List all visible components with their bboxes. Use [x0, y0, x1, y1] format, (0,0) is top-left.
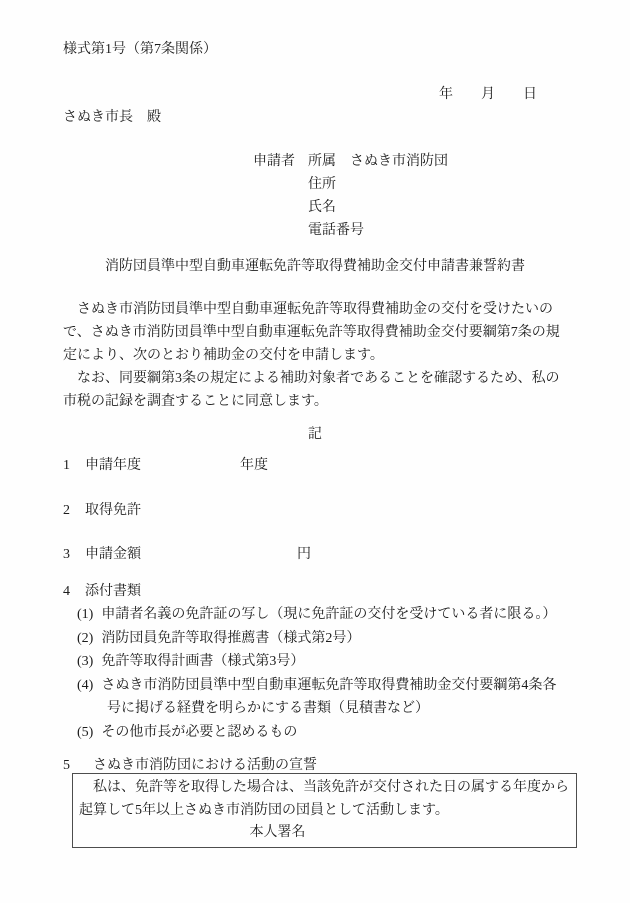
attachment-number: (1) — [77, 607, 93, 622]
year-suffix: 年度 — [240, 458, 268, 473]
body-text: さぬき市消防団員準中型自動車運転免許等取得費補助金の交付を受けたいので、さぬき市… — [63, 298, 567, 413]
item-number: 4 — [63, 580, 85, 603]
pledge-box: 私は、免許等を取得した場合は、当該免許が交付された日の属する年度から起算して5年… — [72, 773, 577, 848]
phone-row: 電話番号 — [308, 219, 448, 242]
pledge-text: 私は、免許等を取得した場合は、当該免許が交付された日の属する年度から起算して5年… — [79, 777, 570, 822]
attachment-list: (1)申請者名義の免許証の写し（現に免許証の交付を受けている者に限る。） (2)… — [63, 603, 567, 744]
item-label: 申請年度 — [85, 454, 240, 477]
attachment-text: 消防団員免許等取得推薦書（様式第2号） — [101, 631, 360, 646]
issue-date-line: 年 月 日 — [63, 83, 567, 106]
ki-heading: 記 — [63, 423, 567, 446]
item-number: 1 — [63, 454, 85, 477]
attachment-number: (5) — [77, 725, 93, 740]
consent-paragraph: なお、同要綱第3条の規定による補助対象者であることを確認するため、私の市税の記録… — [63, 367, 567, 413]
item-license-acquired: 2取得免許 — [63, 499, 567, 522]
item-label: さぬき市消防団における活動の宣誓 — [93, 754, 317, 777]
applicant-fields: 所属さぬき市消防団 住所 氏名 電話番号 — [308, 150, 448, 242]
item-label: 添付書類 — [85, 580, 141, 603]
name-row: 氏名 — [308, 196, 448, 219]
signature-label: 本人署名 — [79, 822, 476, 845]
affiliation-row: 所属さぬき市消防団 — [308, 150, 448, 173]
attachment-text: その他市長が必要と認めるもの — [101, 725, 297, 740]
applicant-label: 申請者 — [253, 150, 308, 242]
attachment-item-1: (1)申請者名義の免許証の写し（現に免許証の交付を受けている者に限る。） — [63, 603, 567, 627]
form-number: 様式第1号（第7条関係） — [63, 38, 567, 61]
item-number: 2 — [63, 499, 85, 522]
attachment-item-5: (5)その他市長が必要と認めるもの — [63, 721, 567, 745]
item-label: 申請金額 — [85, 543, 297, 566]
item-number: 5 — [63, 754, 93, 777]
item-number: 3 — [63, 543, 85, 566]
addressee-line: さぬき市長 殿 — [63, 106, 567, 129]
opening-paragraph: さぬき市消防団員準中型自動車運転免許等取得費補助金の交付を受けたいので、さぬき市… — [63, 298, 567, 367]
application-form-document: 様式第1号（第7条関係） 年 月 日 さぬき市長 殿 申請者 所属さぬき市消防団… — [0, 0, 630, 903]
attachment-text: さぬき市消防団員準中型自動車運転免許等取得費補助金交付要綱第4条各号に掲げる経費… — [101, 678, 556, 717]
affiliation-value: さぬき市消防団 — [350, 154, 448, 169]
item-attachments: 4添付書類 — [63, 580, 567, 603]
yen-suffix: 円 — [297, 547, 311, 562]
address-label: 住所 — [308, 177, 336, 192]
attachment-text: 申請者名義の免許証の写し（現に免許証の交付を受けている者に限る。） — [101, 607, 556, 622]
document-title: 消防団員準中型自動車運転免許等取得費補助金交付申請書兼誓約書 — [63, 255, 567, 278]
attachment-text: 免許等取得計画書（様式第3号） — [101, 654, 304, 669]
phone-label: 電話番号 — [308, 223, 364, 238]
item-application-year: 1申請年度年度 — [63, 454, 567, 477]
applicant-block: 申請者 所属さぬき市消防団 住所 氏名 電話番号 — [253, 150, 567, 242]
affiliation-label: 所属 — [308, 154, 336, 169]
item-application-amount: 3申請金額円 — [63, 543, 567, 566]
item-label: 取得免許 — [85, 499, 141, 522]
attachment-item-2: (2)消防団員免許等取得推薦書（様式第2号） — [63, 627, 567, 651]
attachment-number: (4) — [77, 678, 93, 693]
attachment-item-3: (3)免許等取得計画書（様式第3号） — [63, 650, 567, 674]
attachment-item-4: (4)さぬき市消防団員準中型自動車運転免許等取得費補助金交付要綱第4条各号に掲げ… — [63, 674, 567, 721]
attachment-number: (2) — [77, 631, 93, 646]
address-row: 住所 — [308, 173, 448, 196]
attachment-number: (3) — [77, 654, 93, 669]
name-label: 氏名 — [308, 200, 336, 215]
